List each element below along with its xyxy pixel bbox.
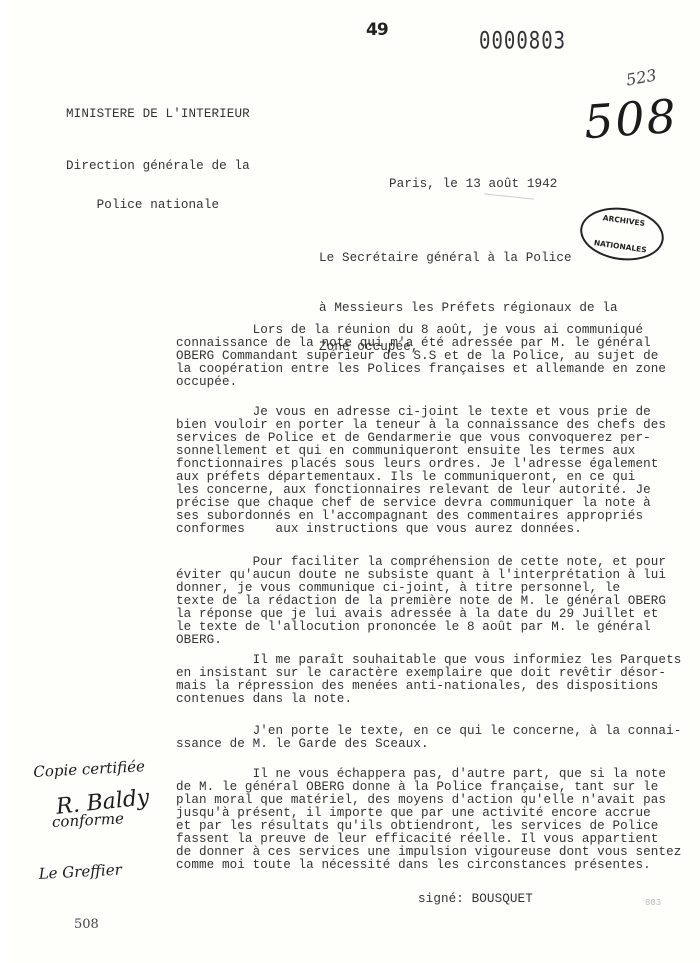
paragraph-3: Pour faciliter la compréhension de cette… — [176, 556, 686, 647]
paragraph-1: Lors de la réunion du 8 août, je vous ai… — [176, 324, 686, 389]
paragraph-line: contenues dans la note. — [176, 693, 686, 706]
margin-line-3: Le Greffier — [38, 860, 150, 883]
signature-line: signé: BOUSQUET — [418, 893, 533, 906]
faint-stamp-number: 803 — [645, 898, 661, 908]
direction-line-1: Direction générale de la — [66, 160, 250, 173]
paragraph-5: J'en porte le texte, en ce qui le concer… — [176, 725, 686, 751]
date-underline — [484, 193, 534, 199]
paragraph-line: ssance de M. le Garde des Sceaux. — [176, 738, 686, 751]
document-number: 0000803 — [479, 27, 566, 55]
paragraph-line: OBERG. — [176, 634, 686, 647]
paragraph-4: Il me paraît souhaitable que vous inform… — [176, 654, 686, 706]
paragraph-line: comme moi toute la nécessité dans les ci… — [176, 859, 686, 872]
paragraph-line: la coopération entre les Polices françai… — [176, 363, 686, 376]
paragraph-6: Il ne vous échappera pas, d'autre part, … — [176, 768, 686, 872]
paragraph-line: occupée. — [176, 376, 686, 389]
handwritten-top-small-number: 523 — [625, 65, 658, 89]
sender-line: Le Secrétaire général à la Police — [319, 252, 572, 265]
archives-nationales-stamp: ARCHIVES NATIONALES — [577, 202, 667, 265]
paragraph-2: Je vous en adresse ci-joint le texte et … — [176, 406, 686, 536]
document-page: 49 0000803 523 508 MINISTERE DE L'INTERI… — [14, 0, 700, 963]
folio-number: 49 — [366, 20, 388, 40]
ministry-heading: MINISTERE DE L'INTERIEUR — [66, 108, 250, 121]
footer-handwritten-number: 508 — [74, 917, 99, 932]
margin-certification-note: Copie certifiée conforme Le Greffier — [31, 724, 152, 917]
stamp-line-1: ARCHIVES — [584, 211, 664, 231]
stamp-line-2: NATIONALES — [580, 236, 660, 256]
paragraph-line: conformes aux instructions que vous aure… — [176, 523, 686, 536]
recipient-line-1: à Messieurs les Préfets régionaux de la — [319, 302, 618, 315]
direction-line-2: Police nationale — [66, 199, 250, 212]
direction-heading: Direction générale de la Police national… — [66, 134, 250, 238]
handwritten-top-large-number: 508 — [582, 89, 679, 149]
margin-line-1: Copie certifiée — [33, 758, 145, 781]
paragraph-line: le texte de l'allocution prononcée le 8 … — [176, 621, 686, 634]
date-line: Paris, le 13 août 1942 — [389, 178, 557, 191]
